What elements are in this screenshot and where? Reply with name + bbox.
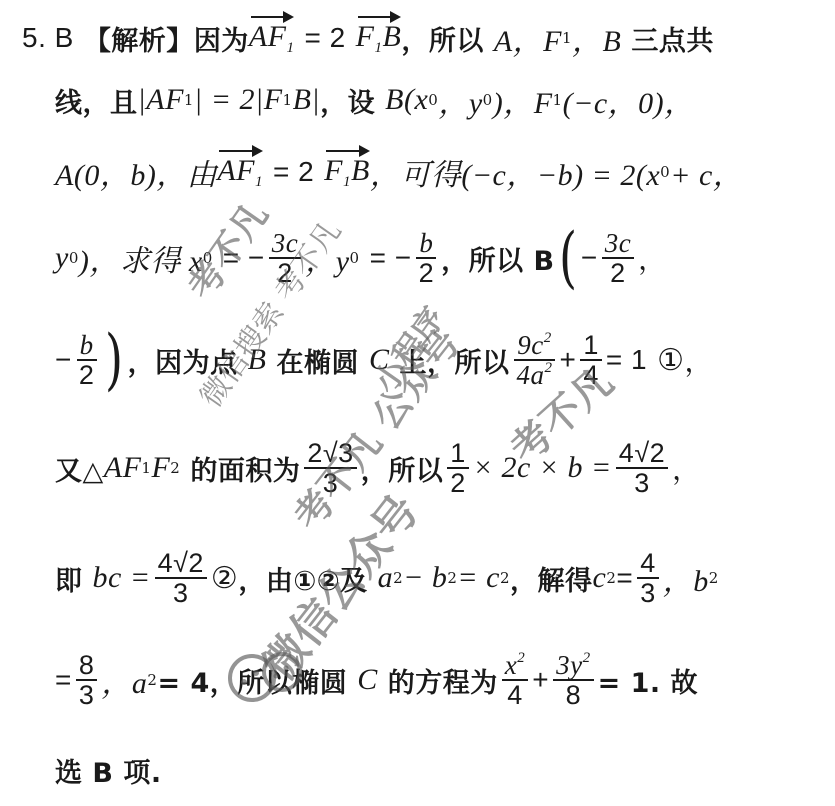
- text: F: [151, 451, 170, 485]
- text: − b: [403, 561, 447, 595]
- denominator: 2: [416, 259, 438, 287]
- denominator: 3: [76, 681, 98, 709]
- fraction: b2: [416, 229, 438, 288]
- denominator: 2: [607, 259, 629, 287]
- text: 3y: [556, 650, 582, 680]
- text: ，: [684, 340, 713, 380]
- denominator: 4a2: [513, 361, 555, 389]
- subscript: 1: [141, 459, 151, 477]
- text: 因为: [194, 19, 249, 58]
- text: |AF: [138, 83, 184, 117]
- text: bc =: [93, 561, 151, 595]
- text: 即: [55, 559, 83, 598]
- text: x: [505, 650, 517, 680]
- fraction: b2: [76, 331, 98, 390]
- text: 在椭圆: [276, 341, 359, 380]
- text: ，所以: [401, 19, 484, 58]
- text: 9c: [517, 330, 543, 360]
- text: AF: [217, 154, 255, 187]
- text: −: [581, 242, 598, 274]
- solution-line-8: = 83 ，a2 = 4，所以椭圆 C 的方程为 x24 + 3y28 = 1.…: [55, 650, 825, 710]
- text: ，所以: [361, 449, 444, 488]
- text: ，所以 B: [441, 239, 554, 278]
- text: 4a: [516, 360, 544, 390]
- numerator: 2√3: [304, 439, 356, 469]
- text: (−c，0)，: [563, 78, 695, 122]
- text: = 2: [304, 22, 345, 54]
- text: F: [356, 20, 375, 53]
- text: 上，所以: [399, 341, 509, 380]
- text: 的方程为: [388, 661, 498, 700]
- text: −: [55, 344, 72, 376]
- solution-line-5: − b2 ) ，因为点 B 在椭圆 C 上，所以 9c24a2 + 14 = 1…: [55, 330, 825, 390]
- text: B(x: [385, 83, 428, 117]
- numerator: 3c: [269, 229, 301, 259]
- denominator: 4: [580, 361, 602, 389]
- text: × 2c × b =: [473, 451, 612, 485]
- text: ，由①②及: [238, 559, 367, 598]
- text: B: [248, 343, 267, 377]
- text: = 1: [606, 344, 647, 376]
- text: a: [378, 561, 394, 595]
- text: ，可得(−c，−b) = 2(x: [370, 150, 660, 194]
- text: ，b: [663, 556, 709, 600]
- text: 的面积为: [190, 449, 300, 488]
- subscript: 0: [350, 249, 360, 267]
- denominator: 3: [637, 579, 659, 607]
- vector-F1B: F1B: [324, 154, 370, 191]
- text: | = 2|F: [194, 83, 283, 117]
- fraction: 3y28: [553, 651, 593, 710]
- subscript: 1: [255, 174, 263, 190]
- denominator: 3: [631, 469, 653, 497]
- denominator: 2: [447, 469, 469, 497]
- text: C: [369, 343, 390, 377]
- text: = 4，所以椭圆: [157, 661, 347, 700]
- denominator: 8: [563, 681, 585, 709]
- subscript: 1: [184, 91, 194, 109]
- fraction: 83: [76, 651, 98, 710]
- subscript: 1: [553, 91, 563, 109]
- text: 选 B 项.: [55, 751, 162, 790]
- text: AF: [249, 20, 287, 53]
- fraction: 4√23: [616, 439, 668, 498]
- solution-page: 5. B 【解析】 因为 AF1 = 2 F1B ，所以 A，F1 ，B 三点共…: [0, 0, 835, 806]
- text: 线，且: [55, 81, 138, 120]
- text: +: [532, 664, 549, 696]
- fraction: 3c2: [269, 229, 301, 288]
- text: B: [383, 20, 402, 53]
- text: B|: [293, 83, 321, 117]
- circled-1: ①: [657, 343, 684, 378]
- text: = −: [370, 242, 412, 274]
- text: = c: [457, 561, 500, 595]
- numerator: b: [77, 331, 97, 361]
- numerator: 3c: [602, 229, 634, 259]
- numerator: 4√2: [155, 549, 207, 579]
- fraction: 12: [447, 439, 469, 498]
- text: F: [324, 154, 343, 187]
- fraction: 43: [637, 549, 659, 608]
- subscript: 2: [170, 459, 180, 477]
- denominator: 4: [504, 681, 526, 709]
- text: )，F: [493, 78, 553, 122]
- text: =: [616, 562, 633, 594]
- text: ，解得: [510, 559, 593, 598]
- analysis-label: 【解析】: [84, 19, 194, 58]
- text: y: [55, 241, 69, 275]
- subscript: 0: [483, 91, 493, 109]
- text: = 2: [273, 156, 314, 188]
- numerator: 3y2: [553, 651, 593, 681]
- solution-line-4: y0 )，求得 x0 = − 3c2 ，y0 = − b2 ，所以 B ( − …: [55, 228, 825, 288]
- numerator: b: [416, 229, 436, 259]
- subscript: 0: [203, 249, 213, 267]
- problem-number: 5. B: [22, 22, 74, 54]
- text: ，因为点: [128, 341, 238, 380]
- numerator: 8: [76, 651, 98, 681]
- fraction: 3c2: [602, 229, 634, 288]
- subscript: 1: [286, 40, 294, 56]
- subscript: 0: [660, 163, 670, 181]
- text: AF: [104, 451, 142, 485]
- fraction: 2√33: [304, 439, 356, 498]
- text: +: [559, 344, 576, 376]
- text: =: [55, 664, 72, 696]
- right-paren: ): [105, 327, 123, 393]
- fraction: 14: [580, 331, 602, 390]
- subscript: 1: [562, 29, 572, 47]
- numerator: 1: [447, 439, 469, 469]
- text: = 1. 故: [598, 661, 698, 700]
- numerator: 4√2: [616, 439, 668, 469]
- text: ，a: [101, 658, 147, 702]
- solution-line-7: 即 bc = 4√23 ② ，由①②及 a2 − b2 = c2 ，解得 c2 …: [55, 548, 825, 608]
- vector-AF1: AF1: [217, 154, 263, 191]
- denominator: 2: [274, 259, 296, 287]
- solution-line-9: 选 B 项.: [55, 740, 825, 800]
- text: )，求得 x: [79, 236, 203, 280]
- vector-AF1: AF1: [249, 20, 295, 57]
- numerator: 4: [637, 549, 659, 579]
- fraction: x24: [502, 651, 528, 710]
- subscript: 0: [69, 249, 79, 267]
- left-paren: (: [559, 225, 577, 291]
- numerator: 1: [580, 331, 602, 361]
- text: A(0，b)，由: [55, 150, 217, 194]
- text: + c，: [670, 150, 743, 194]
- fraction: 4√23: [155, 549, 207, 608]
- subscript: 1: [375, 40, 383, 56]
- denominator: 3: [170, 579, 192, 607]
- subscript: 1: [283, 91, 293, 109]
- text: c: [593, 561, 607, 595]
- numerator: 9c2: [514, 331, 554, 361]
- subscript: 1: [343, 174, 351, 190]
- solution-line-1: 5. B 【解析】 因为 AF1 = 2 F1B ，所以 A，F1 ，B 三点共: [22, 8, 825, 68]
- text: A，F: [494, 16, 562, 60]
- text: ，B: [572, 16, 621, 60]
- fraction: 9c24a2: [513, 331, 555, 390]
- text: B: [351, 154, 370, 187]
- text: ，y: [438, 78, 482, 122]
- subscript: 0: [428, 91, 438, 109]
- text: ，: [672, 448, 701, 488]
- text: C: [357, 663, 378, 697]
- numerator: x2: [502, 651, 528, 681]
- denominator: 3: [320, 469, 342, 497]
- denominator: 2: [76, 361, 98, 389]
- text: 又△: [55, 449, 104, 488]
- circled-2: ②: [211, 561, 238, 596]
- text: ，设: [320, 81, 375, 120]
- text: = −: [223, 242, 265, 274]
- text: 三点共: [631, 19, 714, 58]
- solution-line-6: 又△ AF1 F2 的面积为 2√33 ，所以 12 × 2c × b = 4√…: [55, 438, 825, 498]
- solution-line-3: A(0，b)，由 AF1 = 2 F1B ，可得(−c，−b) = 2(x0 +…: [55, 142, 825, 202]
- solution-line-2: 线，且 |AF1 | = 2|F1 B| ，设 B(x0 ，y0 )，F1 (−…: [55, 70, 825, 130]
- vector-F1B: F1B: [356, 20, 402, 57]
- text: ，y: [305, 236, 349, 280]
- text: ，: [638, 238, 667, 278]
